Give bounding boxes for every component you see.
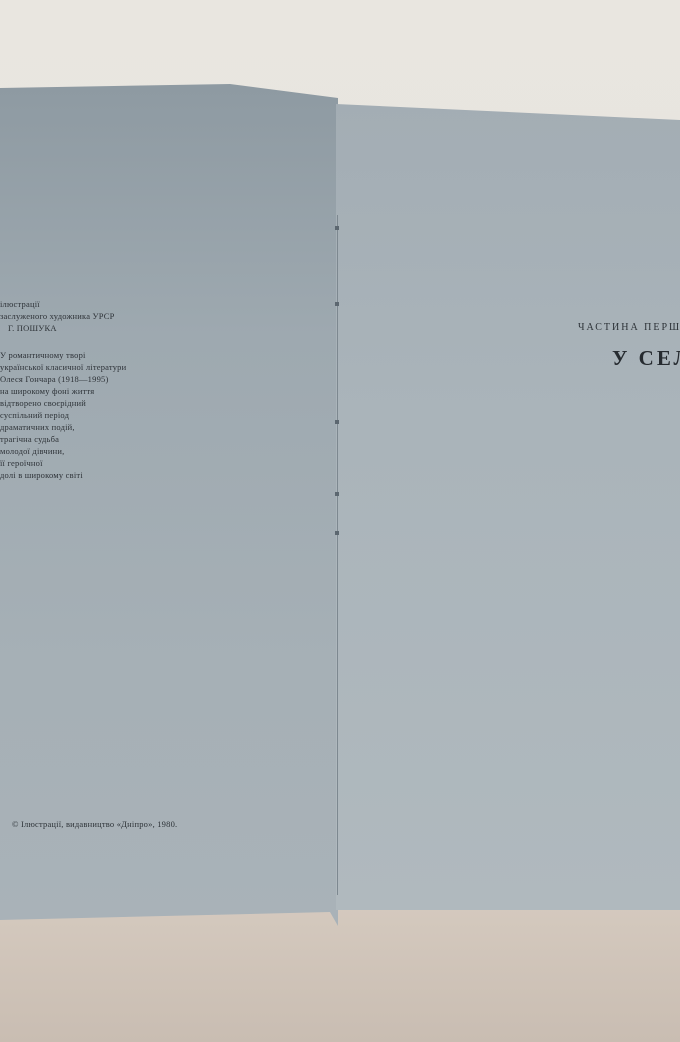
stitch-mark bbox=[335, 492, 339, 496]
annotation-line: її героїчної bbox=[0, 457, 43, 470]
stitch-mark bbox=[335, 302, 339, 306]
book-spine bbox=[337, 215, 338, 895]
stitch-mark bbox=[335, 420, 339, 424]
annotation-line: української класичної літератури bbox=[0, 361, 126, 374]
annotation-line: відтворено своєрідний bbox=[0, 397, 86, 410]
annotation-line: долі в широкому світі bbox=[0, 469, 83, 482]
annotation-line: суспільний період bbox=[0, 409, 69, 422]
right-page bbox=[336, 100, 680, 910]
annotation-line: Олеся Гончара (1918—1995) bbox=[0, 373, 109, 386]
left-page bbox=[0, 84, 338, 926]
annotation-line: трагічна судьба bbox=[0, 433, 59, 446]
credit-line: заслуженого художника УРСР bbox=[0, 310, 115, 323]
part-label: ЧАСТИНА ПЕРША bbox=[578, 322, 680, 333]
annotation-line: молодої дівчини, bbox=[0, 445, 64, 458]
credit-line: Г. ПОШУКА bbox=[8, 322, 57, 335]
copyright-notice: © Ілюстрації, видавництво «Дніпро», 1980… bbox=[12, 818, 177, 831]
stitch-mark bbox=[335, 226, 339, 230]
stitch-mark bbox=[335, 531, 339, 535]
annotation-line: У романтичному творі bbox=[0, 349, 86, 362]
chapter-title: У СЕЛІ bbox=[612, 346, 680, 371]
annotation-line: драматичних подій, bbox=[0, 421, 75, 434]
annotation-line: на широкому фоні життя bbox=[0, 385, 94, 398]
credit-line: ілюстрації bbox=[0, 298, 40, 311]
